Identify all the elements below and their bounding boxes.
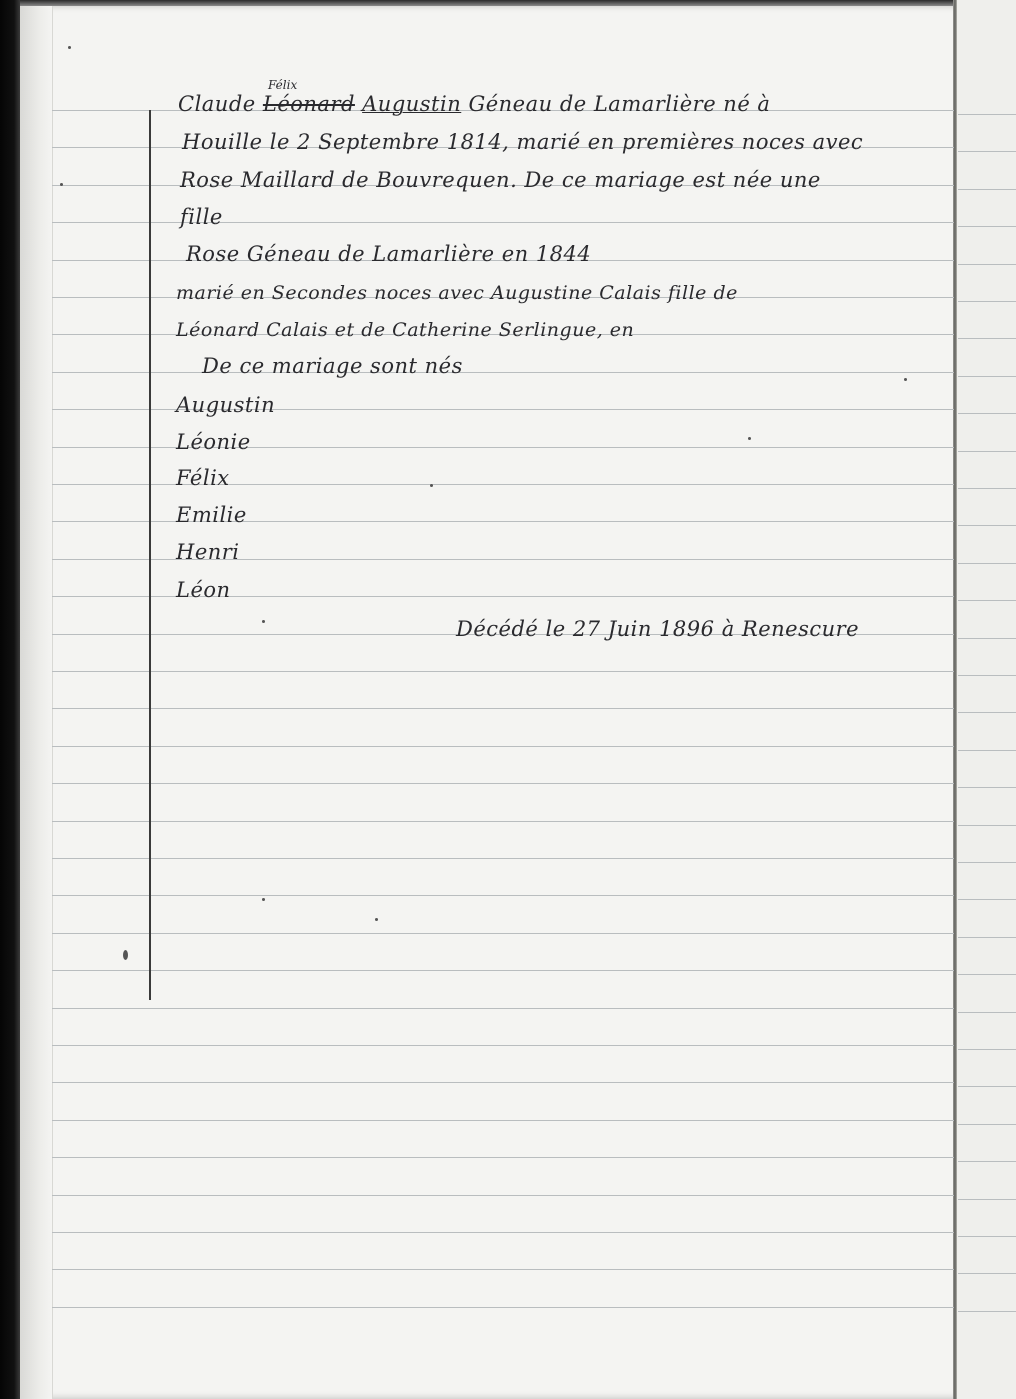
ruled-line-adjacent	[958, 937, 1016, 938]
ruled-line-adjacent	[958, 750, 1016, 751]
ruled-line	[52, 1157, 954, 1158]
child-name: Emilie	[176, 503, 247, 527]
ruled-line	[52, 1269, 954, 1270]
ruled-line-adjacent	[958, 226, 1016, 227]
ruled-line-adjacent	[958, 974, 1016, 975]
ruled-line-adjacent	[958, 338, 1016, 339]
ruled-line-adjacent	[958, 413, 1016, 414]
ruled-line	[52, 1232, 954, 1233]
ruled-line-adjacent	[958, 1199, 1016, 1200]
ruled-line-adjacent	[958, 1161, 1016, 1162]
ruled-page	[20, 5, 956, 1399]
ruled-line-adjacent	[958, 1273, 1016, 1274]
ruled-line-adjacent	[958, 451, 1016, 452]
page-fold	[953, 0, 957, 1399]
ruled-line	[52, 671, 954, 672]
death-note: Décédé le 27 Juin 1896 à Renescure	[456, 617, 859, 641]
scanned-register-page: Claude Léonard Augustin Géneau de Lamarl…	[0, 0, 1016, 1399]
book-binding	[0, 0, 20, 1399]
ink-speck	[375, 918, 378, 921]
ruled-line	[52, 1195, 954, 1196]
ruled-line	[52, 1045, 954, 1046]
entry-line-6: marié en Secondes noces avec Augustine C…	[176, 282, 738, 304]
ruled-line-adjacent	[958, 825, 1016, 826]
ink-speck	[748, 437, 751, 440]
ink-speck	[123, 950, 128, 960]
ruled-line	[52, 746, 954, 747]
entry-line-3: Rose Maillard de Bouvrequen. De ce maria…	[180, 168, 821, 192]
child-name: Augustin	[176, 393, 275, 417]
ruled-line-adjacent	[958, 1311, 1016, 1312]
ruled-line-adjacent	[958, 563, 1016, 564]
ink-speck	[430, 484, 433, 487]
ruled-line-adjacent	[958, 1124, 1016, 1125]
ruled-line	[52, 895, 954, 896]
ruled-line	[52, 1307, 954, 1308]
ruled-line	[52, 1082, 954, 1083]
name-struck: Léonard	[263, 92, 355, 116]
name-insertion: Félix	[268, 78, 297, 92]
ruled-line	[52, 1120, 954, 1121]
ruled-line	[52, 372, 954, 373]
ruled-line-adjacent	[958, 638, 1016, 639]
entry-line-2: Houille le 2 Septembre 1814, marié en pr…	[182, 130, 863, 154]
ruled-line-adjacent	[958, 712, 1016, 713]
ruled-line-adjacent	[958, 525, 1016, 526]
name-underlined: Augustin	[362, 92, 461, 116]
ruled-line	[52, 783, 954, 784]
entry-line-4: fille	[180, 205, 223, 229]
ruled-line	[52, 858, 954, 859]
top-edge-shadow	[20, 0, 960, 6]
ruled-line-adjacent	[958, 862, 1016, 863]
child-name: Léonie	[176, 430, 251, 454]
child-name: Félix	[176, 466, 230, 490]
ruled-line-adjacent	[958, 488, 1016, 489]
ink-speck	[904, 378, 907, 381]
ink-speck	[262, 620, 265, 623]
ink-speck	[60, 183, 63, 186]
ruled-line-adjacent	[958, 600, 1016, 601]
name-first: Claude	[178, 92, 256, 116]
ink-speck	[68, 46, 71, 49]
margin-line	[149, 110, 151, 1000]
ruled-line-adjacent	[958, 114, 1016, 115]
entry-line-1: Claude Léonard Augustin Géneau de Lamarl…	[178, 92, 770, 116]
ruled-line-adjacent	[958, 376, 1016, 377]
ruled-line	[52, 821, 954, 822]
ruled-line-adjacent	[958, 151, 1016, 152]
ruled-line-adjacent	[958, 189, 1016, 190]
child-name: Henri	[176, 540, 240, 564]
ruled-line-adjacent	[958, 1236, 1016, 1237]
entry-line-7: Léonard Calais et de Catherine Serlingue…	[176, 319, 634, 341]
ruled-line	[52, 933, 954, 934]
ruled-line-adjacent	[958, 1012, 1016, 1013]
ruled-line-adjacent	[958, 301, 1016, 302]
ruled-line-adjacent	[958, 675, 1016, 676]
child-name: Léon	[176, 578, 231, 602]
ink-speck	[262, 898, 265, 901]
page-edge-strip	[20, 5, 53, 1399]
ruled-line-adjacent	[958, 1049, 1016, 1050]
entry-line-8: De ce mariage sont nés	[202, 354, 463, 378]
ruled-line-adjacent	[958, 264, 1016, 265]
name-rest: Géneau de Lamarlière né à	[468, 92, 770, 116]
ruled-line	[52, 1008, 954, 1009]
ruled-line-adjacent	[958, 1086, 1016, 1087]
ruled-line	[52, 970, 954, 971]
ruled-line-adjacent	[958, 899, 1016, 900]
ruled-line	[52, 708, 954, 709]
adjacent-page	[955, 0, 1016, 1399]
ruled-line-adjacent	[958, 787, 1016, 788]
entry-line-5: Rose Géneau de Lamarlière en 1844	[186, 242, 591, 266]
